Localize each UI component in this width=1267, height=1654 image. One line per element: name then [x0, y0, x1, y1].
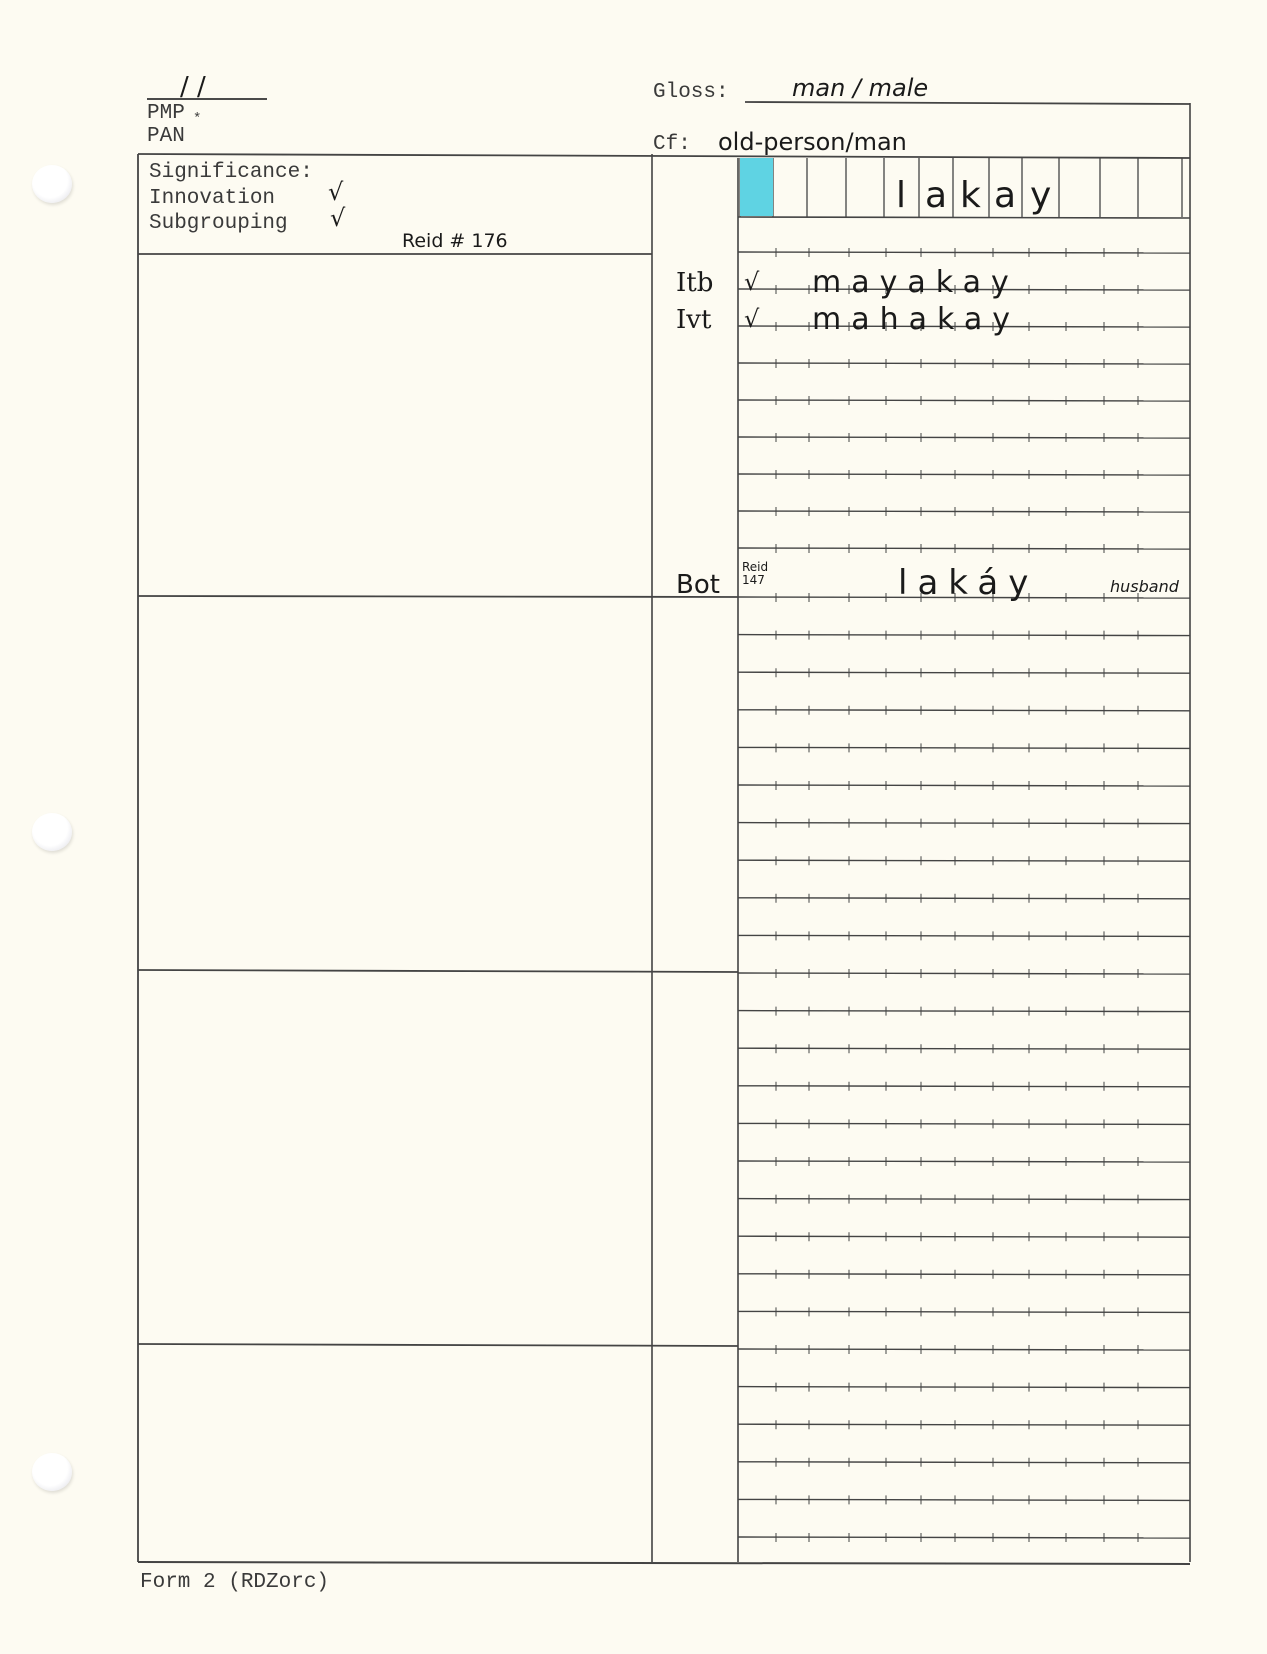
- entry-source-bot: Reid 147: [742, 561, 776, 587]
- date-marks: / /: [180, 74, 206, 100]
- reconstruction-letter: y: [1030, 178, 1051, 214]
- entry-language-ivt: Ivt: [676, 307, 711, 333]
- pan-label: PAN: [147, 126, 185, 147]
- reconstruction-letter: a: [925, 178, 947, 214]
- reconstruction-letter: k: [960, 178, 981, 214]
- reid-number: Reid # 176: [402, 232, 508, 251]
- innovation-label: Innovation: [149, 188, 275, 209]
- cf-value: old-person/man: [718, 130, 907, 154]
- entry-form-ivt: mahakay: [812, 305, 1020, 335]
- subgrouping-check: √: [330, 206, 345, 230]
- entry-language-itb: Itb: [676, 270, 713, 296]
- pmp-asterisk: *: [193, 112, 201, 126]
- entry-check-ivt: √: [744, 307, 759, 331]
- entry-language-bot: Bot: [676, 572, 720, 598]
- cf-label: Cf:: [653, 134, 691, 155]
- entry-note-bot: husband: [1110, 579, 1179, 595]
- gloss-value: man / male: [792, 76, 928, 100]
- highlight-cell: [740, 158, 773, 216]
- entry-form-itb: mayakay: [812, 268, 1019, 298]
- reconstruction-letter: l: [896, 178, 906, 214]
- gloss-label: Gloss:: [653, 82, 729, 103]
- pmp-label: PMP: [147, 103, 185, 124]
- innovation-check: √: [328, 180, 343, 204]
- entry-form-bot: lakáy: [898, 566, 1038, 600]
- date-underline: [147, 98, 267, 100]
- form-footer: Form 2 (RDZorc): [140, 1572, 329, 1593]
- significance-label: Significance:: [149, 162, 313, 183]
- reconstruction-letter: a: [994, 178, 1016, 214]
- subgrouping-label: Subgrouping: [149, 213, 288, 234]
- entry-check-itb: √: [744, 270, 759, 294]
- form-grid: [0, 0, 1267, 1654]
